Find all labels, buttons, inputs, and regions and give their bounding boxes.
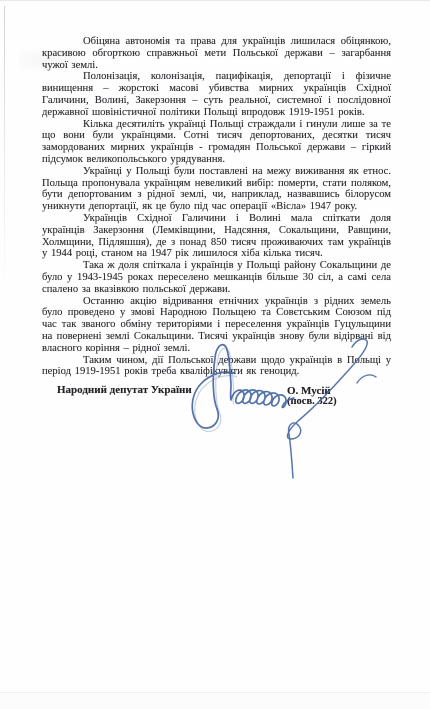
paragraph: Українців Східної Галичини і Волині мала… xyxy=(42,213,391,260)
paragraph: Останню акцію відривання етнічних україн… xyxy=(42,296,391,355)
signer-role: Народний депутат України xyxy=(57,384,192,396)
scan-edge-top xyxy=(0,0,430,1)
paragraph: Обіцяна автономія та права для українців… xyxy=(42,36,391,71)
scan-edge-bottom xyxy=(0,692,430,709)
scan-edge-left xyxy=(4,6,5,296)
paragraph: Українці у Польщі були поставлені на меж… xyxy=(42,166,391,213)
paragraph: Таким чином, дії Польської держави щодо … xyxy=(42,355,391,379)
paragraph: Полонізація, колонізація, пацифікація, д… xyxy=(42,71,391,118)
signer-credential: (посв. 322) xyxy=(287,396,337,407)
document-page: Обіцяна автономія та права для українців… xyxy=(0,0,430,709)
paragraph: Така ж доля спіткала і українців у Польщ… xyxy=(42,260,391,295)
paragraph: Кілька десятиліть українці Польщі стражд… xyxy=(42,119,391,166)
document-body: Обіцяна автономія та права для українців… xyxy=(42,36,391,378)
